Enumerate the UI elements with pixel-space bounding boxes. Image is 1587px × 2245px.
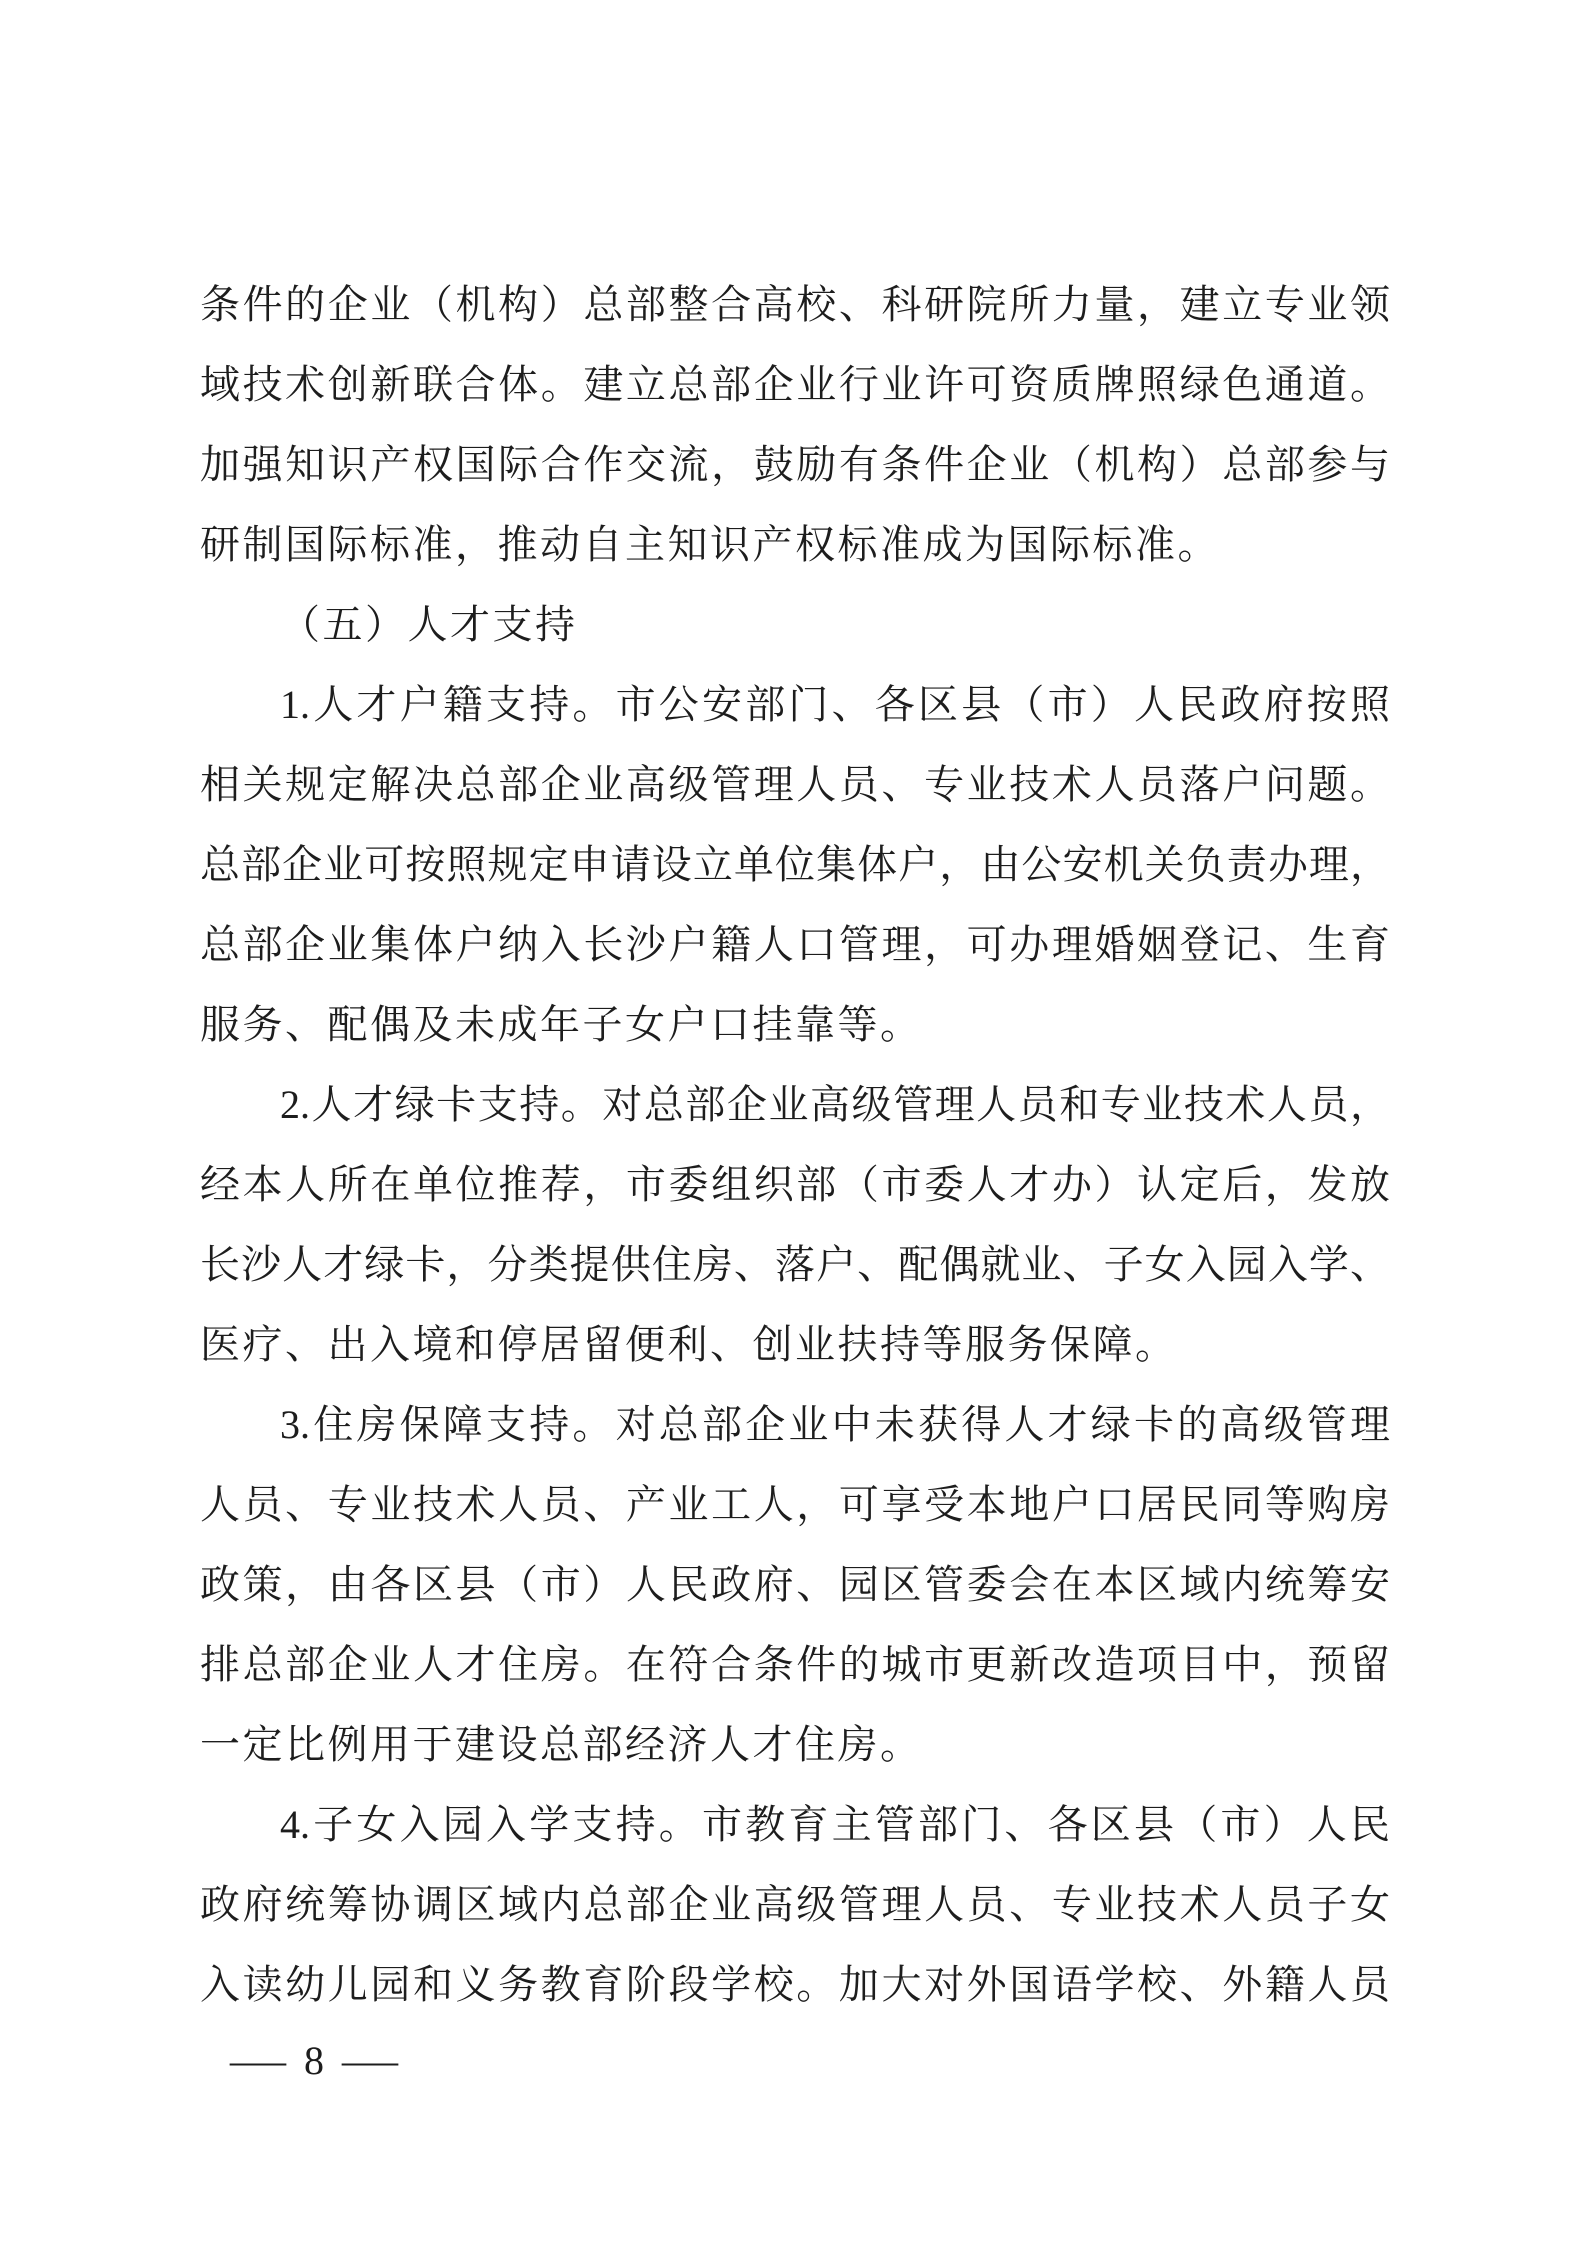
text-line: 医疗、出入境和停居留便利、创业扶持等服务保障。 <box>200 1305 1390 1385</box>
page-number: 8 <box>304 2037 324 2084</box>
text-line: 总部企业可按照规定申请设立单位集体户，由公安机关负责办理， <box>200 825 1390 905</box>
page-footer: — 8 — <box>238 2020 390 2100</box>
document-body: 条件的企业（机构）总部整合高校、科研院所力量，建立专业领域技术创新联合体。建立总… <box>200 265 1390 2025</box>
heading-section-five-talent-support: （五）人才支持 <box>200 585 1390 665</box>
text-line: 总部企业集体户纳入长沙户籍人口管理，可办理婚姻登记、生育 <box>200 905 1390 985</box>
text-line: 3.住房保障支持。对总部企业中未获得人才绿卡的高级管理 <box>200 1385 1390 1465</box>
text-line: 4.子女入园入学支持。市教育主管部门、各区县（市）人民 <box>200 1785 1390 1865</box>
text-line: 经本人所在单位推荐，市委组织部（市委人才办）认定后，发放 <box>200 1145 1390 1225</box>
footer-dash-right: — <box>342 2037 398 2084</box>
para-1-talent-household-registration-support: 1.人才户籍支持。市公安部门、各区县（市）人民政府按照相关规定解决总部企业高级管… <box>200 665 1390 1065</box>
text-line: 研制国际标准，推动自主知识产权标准成为国际标准。 <box>200 505 1390 585</box>
text-line: 排总部企业人才住房。在符合条件的城市更新改造项目中，预留 <box>200 1625 1390 1705</box>
para-2-talent-green-card-support: 2.人才绿卡支持。对总部企业高级管理人员和专业技术人员，经本人所在单位推荐，市委… <box>200 1065 1390 1385</box>
text-line: 条件的企业（机构）总部整合高校、科研院所力量，建立专业领 <box>200 265 1390 345</box>
document-page: 条件的企业（机构）总部整合高校、科研院所力量，建立专业领域技术创新联合体。建立总… <box>0 0 1587 2245</box>
text-line: 1.人才户籍支持。市公安部门、各区县（市）人民政府按照 <box>200 665 1390 745</box>
text-line: 人员、专业技术人员、产业工人，可享受本地户口居民同等购房 <box>200 1465 1390 1545</box>
text-line: （五）人才支持 <box>200 585 1390 665</box>
text-line: 政府统筹协调区域内总部企业高级管理人员、专业技术人员子女 <box>200 1865 1390 1945</box>
text-line: 域技术创新联合体。建立总部企业行业许可资质牌照绿色通道。 <box>200 345 1390 425</box>
footer-dash-left: — <box>230 2037 286 2084</box>
text-line: 加强知识产权国际合作交流，鼓励有条件企业（机构）总部参与 <box>200 425 1390 505</box>
text-line: 服务、配偶及未成年子女户口挂靠等。 <box>200 985 1390 1065</box>
para-headquarters-innovation-continued: 条件的企业（机构）总部整合高校、科研院所力量，建立专业领域技术创新联合体。建立总… <box>200 265 1390 585</box>
text-line: 长沙人才绿卡，分类提供住房、落户、配偶就业、子女入园入学、 <box>200 1225 1390 1305</box>
para-3-housing-guarantee-support: 3.住房保障支持。对总部企业中未获得人才绿卡的高级管理人员、专业技术人员、产业工… <box>200 1385 1390 1785</box>
para-4-children-kindergarten-school-support: 4.子女入园入学支持。市教育主管部门、各区县（市）人民政府统筹协调区域内总部企业… <box>200 1785 1390 2025</box>
text-line: 政策，由各区县（市）人民政府、园区管委会在本区域内统筹安 <box>200 1545 1390 1625</box>
text-line: 入读幼儿园和义务教育阶段学校。加大对外国语学校、外籍人员 <box>200 1945 1390 2025</box>
text-line: 相关规定解决总部企业高级管理人员、专业技术人员落户问题。 <box>200 745 1390 825</box>
text-line: 一定比例用于建设总部经济人才住房。 <box>200 1705 1390 1785</box>
text-line: 2.人才绿卡支持。对总部企业高级管理人员和专业技术人员， <box>200 1065 1390 1145</box>
